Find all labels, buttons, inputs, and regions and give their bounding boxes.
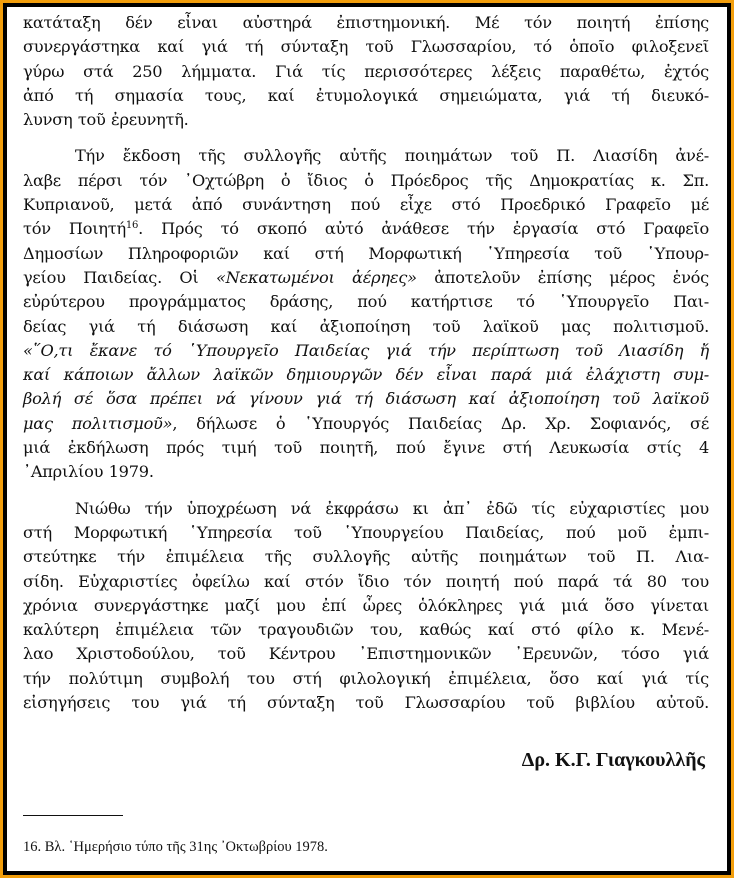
text-line: Τήν ἔκδοση τῆς συλλογῆς αὐτῆς ποιημάτων …: [23, 144, 709, 168]
book-title: «Νεκατωμένοι ἀέρηες»: [216, 268, 417, 287]
text-line: εἰσηγήσεις του γιά τή σύνταξη τοῦ Γλωσσα…: [23, 691, 709, 715]
paragraph-3: Νιώθω τήν ὑποχρέωση νά ἐκφράσω κι ἀπ᾿ ἐδ…: [23, 497, 709, 716]
text-line: εὐρύτερου προγράμματος δράσης, πού κατήρ…: [23, 290, 709, 314]
document-body: κατάταξη δέν εἶναι αὐστηρά ἐπιστημονική.…: [23, 11, 709, 715]
quote-fragment: μας πολιτισμοῦ»: [23, 414, 172, 433]
text-line: μιά ἐκδήλωση πρός τιμή τοῦ ποιητῆ, πού ἔ…: [23, 436, 709, 460]
text-line: καλύτερη ἐπιμέλεια τῶν τραγουδιῶν του, κ…: [23, 618, 709, 642]
quote-line: «῞Ο,τι ἔκανε τό ῾Υπουργεῖο Παιδείας γιά …: [23, 339, 709, 363]
text-line: Δημοσίων Πληροφοριῶν καί στή Μορφωτική ῾…: [23, 242, 709, 266]
text-line: τήν πολύτιμη συμβολή του στή φιλολογική …: [23, 667, 709, 691]
text-line: λυνση τοῦ ἐρευνητῆ.: [23, 108, 709, 132]
text-line: ᾿Απριλίου 1979.: [23, 460, 709, 484]
footnote-divider: [23, 815, 123, 816]
text-line: στεύτηκε τήν ἐπιμέλεια τῆς συλλογῆς αὐτῆ…: [23, 545, 709, 569]
text-line: λαβε πέρσι τόν ᾿Οχτώβρη ὁ ἴδιος ὁ Πρόεδρ…: [23, 169, 709, 193]
footnote-16: 16. Βλ. ῾Ημερήσιο τύπο τῆς 31ης ᾿Οκτωβρί…: [23, 839, 328, 856]
text-line: σίδη. Εὐχαριστίες ὀφείλω καί στόν ἴδιο τ…: [23, 570, 709, 594]
text-line: Κυπριανοῦ, μετά ἀπό συνάντηση πού εἶχε σ…: [23, 193, 709, 217]
text-fragment: γείου Παιδείας. Οἱ: [23, 268, 216, 287]
text-line: στή Μορφωτική ῾Υπηρεσία τοῦ ῾Υπουργείου …: [23, 521, 709, 545]
page-frame: κατάταξη δέν εἶναι αὐστηρά ἐπιστημονική.…: [3, 3, 731, 875]
text-line: συνεργάστηκα καί γιά τή σύνταξη τοῦ Γλωσ…: [23, 35, 709, 59]
footnote-reference[interactable]: 16: [126, 220, 138, 231]
quote-line: βολή σέ ὅσα πρέπει νά γίνουν γιά τή διάσ…: [23, 387, 709, 411]
text-line: γείου Παιδείας. Οἱ «Νεκατωμένοι ἀέρηες» …: [23, 266, 709, 290]
text-line: τόν Ποιητή16. Πρός τό σκοπό αὐτό ἀνάθεσε…: [23, 217, 709, 241]
text-fragment: ἀποτελοῦν ἐπίσης μέρος ἑνός: [417, 268, 709, 287]
text-line: ἀπό τή σημασία τους, καί ἐτυμολογικά σημ…: [23, 84, 709, 108]
text-fragment: . Πρός τό σκοπό αὐτό ἀνάθεσε τήν ἐργασία…: [138, 219, 709, 238]
text-line: Νιώθω τήν ὑποχρέωση νά ἐκφράσω κι ἀπ᾿ ἐδ…: [23, 497, 709, 521]
quote-line: καί κάποιων ἄλλων λαϊκῶν δημιουργῶν δέν …: [23, 363, 709, 387]
text-line: δείας γιά τή διάσωση καί ἀξιοποίηση τοῦ …: [23, 315, 709, 339]
text-fragment: , δήλωσε ὁ ῾Υπουργός Παιδείας Δρ. Χρ. Σο…: [172, 414, 709, 433]
text-line: λαο Χριστοδούλου, τοῦ Κέντρου ᾿Επιστημον…: [23, 642, 709, 666]
author-signature: Δρ. Κ.Γ. Γιαγκουλλῆς: [522, 749, 705, 772]
text-line: μας πολιτισμοῦ», δήλωσε ὁ ῾Υπουργός Παιδ…: [23, 412, 709, 436]
paragraph-2: Τήν ἔκδοση τῆς συλλογῆς αὐτῆς ποιημάτων …: [23, 144, 709, 484]
text-line: κατάταξη δέν εἶναι αὐστηρά ἐπιστημονική.…: [23, 11, 709, 35]
paragraph-1: κατάταξη δέν εἶναι αὐστηρά ἐπιστημονική.…: [23, 11, 709, 132]
text-line: χρόνια συνεργάστηκε μαζί μου ἐπί ὧρες ὁλ…: [23, 594, 709, 618]
text-line: γύρω στά 250 λήμματα. Γιά τίς περισσότερ…: [23, 60, 709, 84]
text-fragment: τόν Ποιητή: [23, 219, 126, 238]
